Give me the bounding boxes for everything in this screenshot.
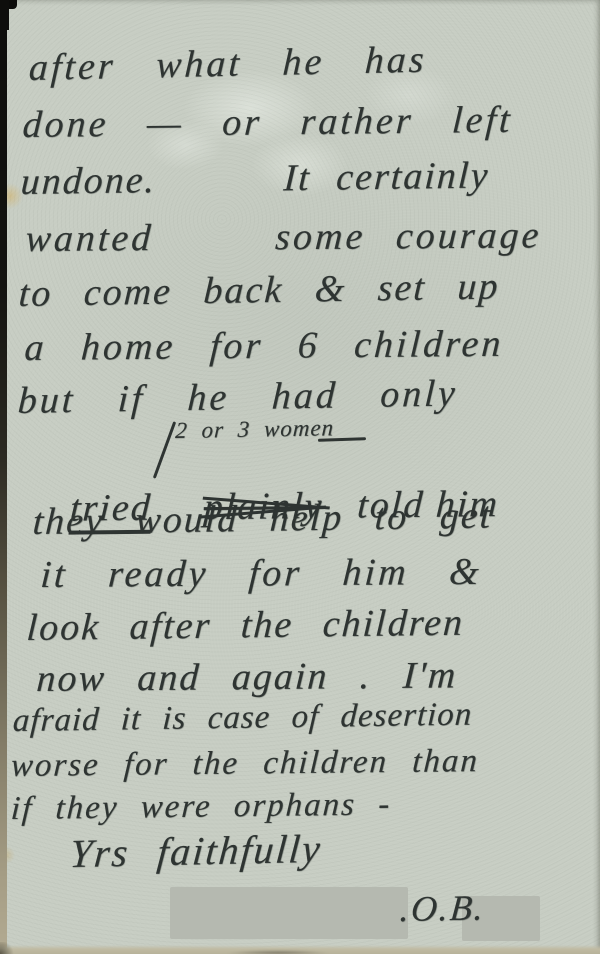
- letter-line-3: undone. It certainly: [20, 153, 491, 204]
- letter-line-14: worse for the children than: [10, 743, 480, 785]
- bottom-left-corner-shadow: [0, 942, 14, 954]
- closing-valediction: Yrs faithfully: [68, 825, 324, 877]
- letter-line-9: they would help to get: [32, 494, 494, 544]
- letter-line-2: done — or rather left: [21, 98, 514, 147]
- scan-left-edge: [0, 0, 7, 954]
- letter-line-5: to come back & set up: [18, 264, 501, 316]
- signature-initials: .O.B.: [398, 887, 487, 931]
- letter-page: after what he has done — or rather left …: [0, 0, 600, 954]
- letter-line-13: afraid it is case of desertion: [12, 697, 473, 740]
- scan-corner-mark-vertical: [0, 0, 9, 30]
- letter-line-15: if they were orphans -: [10, 786, 393, 828]
- letter-line-11: look after the children: [25, 601, 465, 650]
- letter-line-12: now and again . I'm: [35, 653, 458, 701]
- letter-line-4: wanted some courage: [24, 213, 543, 261]
- redaction-patch-left: [170, 887, 408, 939]
- letter-line-7: but if he had only: [17, 371, 459, 423]
- letter-line-1: after what he has: [28, 38, 428, 90]
- bottom-edge-smudge: [212, 946, 344, 954]
- letter-line-6: a home for 6 children: [23, 322, 505, 370]
- letter-line-10: it ready for him &: [39, 550, 483, 597]
